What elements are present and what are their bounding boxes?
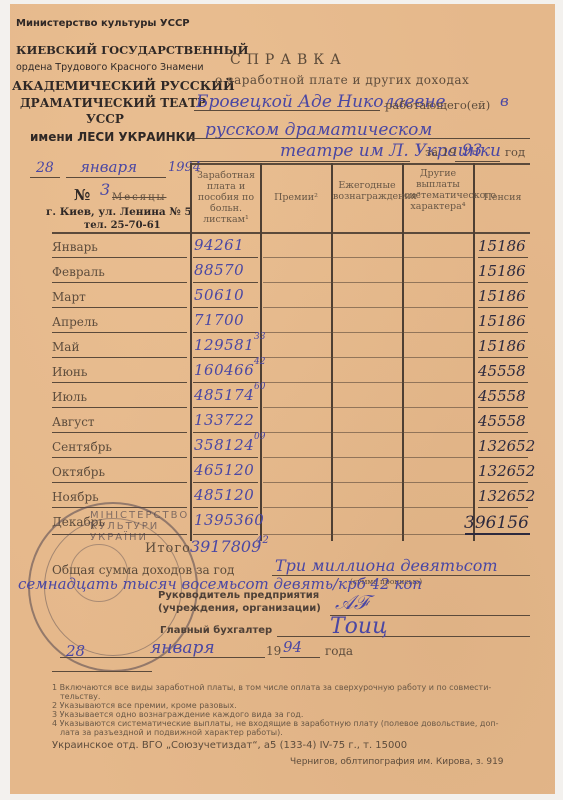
kop-june: 42 xyxy=(254,357,265,367)
pension-september: 132652 xyxy=(478,437,535,455)
imprint-line-2: Чернигов, облтипография им. Кирова, з. 9… xyxy=(290,757,504,767)
seal-outer-text: МІНІСТЕРСТВО КУЛЬТУРИ УКРАЇНИ xyxy=(90,510,196,543)
month-june: Июнь xyxy=(52,365,87,379)
salary-november: 485120 xyxy=(194,486,254,504)
month-september: Сентябрь xyxy=(52,440,112,454)
pension-july: 45558 xyxy=(478,387,526,405)
pension-august: 45558 xyxy=(478,412,526,430)
column-header-months: Месяцы xyxy=(112,192,166,203)
stamp-line-2: ордена Трудового Красного Знамени xyxy=(16,62,204,73)
imprint-line-1: Украинское отд. ВГО „Союзучетиздат“, а5 … xyxy=(52,740,407,751)
month-august: Август xyxy=(52,415,95,429)
stamp-line-6: имени ЛЕСИ УКРАИНКИ xyxy=(30,130,196,144)
stamp-line-4: ДРАМАТИЧЕСКИЙ ТЕАТР xyxy=(20,96,206,110)
kop-july: 60 xyxy=(254,382,265,392)
footnote-3: 3 Указывается одно вознаграждение каждог… xyxy=(52,710,303,719)
annual-total-words-1: Три миллиона девятьсот xyxy=(275,556,498,575)
pension-march: 15186 xyxy=(478,287,526,305)
salary-march: 50610 xyxy=(194,286,244,304)
director-label-2: (учреждения, организации) xyxy=(158,603,321,614)
stamp-number-value: 3 xyxy=(100,180,110,199)
footnote-1-cont: тельству. xyxy=(60,692,100,701)
salary-may: 129581 xyxy=(194,336,254,354)
accountant-label: Главный бухгалтер xyxy=(160,625,272,636)
year-suffix: год xyxy=(505,145,525,159)
column-header-pension: Пенсия xyxy=(475,192,530,203)
document-subtitle: о заработной плате и других доходах xyxy=(215,73,469,87)
kop-september: 09 xyxy=(254,432,265,442)
footnote-4-cont: лата за разъездной и подвижной характер … xyxy=(60,728,283,737)
pension-april: 15186 xyxy=(478,312,526,330)
month-may: Май xyxy=(52,340,79,354)
pension-october: 132652 xyxy=(478,462,535,480)
working-label: работающего(ей) xyxy=(385,98,490,112)
month-march: Март xyxy=(52,290,86,304)
director-signature: 𝒜ℱ xyxy=(335,590,369,614)
pension-june: 45558 xyxy=(478,362,526,380)
month-july: Июль xyxy=(52,390,87,404)
salary-june: 160466 xyxy=(194,361,254,379)
column-header-other: Другие выплаты систематического характер… xyxy=(404,168,472,212)
pension-february: 15186 xyxy=(478,262,526,280)
column-header-salary: Заработная плата и пособия по больн. лис… xyxy=(192,170,260,225)
salary-july: 485174 xyxy=(194,386,254,404)
pension-may: 15186 xyxy=(478,337,526,355)
sign-year-suffix: года xyxy=(325,644,353,658)
sign-year-prefix: 19 xyxy=(266,644,281,658)
total-kop: 42 xyxy=(256,535,269,546)
column-header-annual: Ежегодные вознаграждения³ xyxy=(333,180,401,202)
footnote-2: 2 Указываются все премии, кроме разовых. xyxy=(52,701,237,710)
salary-april: 71700 xyxy=(194,311,244,329)
footnote-1: 1 Включаются все виды заработной платы, … xyxy=(52,683,491,692)
column-header-bonuses: Премии² xyxy=(262,192,330,203)
working-suffix: в xyxy=(500,92,509,110)
director-label-1: Руководитель предприятия xyxy=(158,590,319,601)
stamp-number-label: № xyxy=(74,186,90,204)
issue-day: 28 xyxy=(36,160,54,176)
stamp-phone: тел. 25-70-61 xyxy=(84,220,161,231)
pension-january: 15186 xyxy=(478,237,526,255)
salary-february: 88570 xyxy=(194,261,244,279)
year-value: 93 xyxy=(462,140,482,159)
footnote-4: 4 Указываются систематические выплаты, н… xyxy=(52,719,498,728)
sign-month: января xyxy=(150,638,215,658)
total-label: Итого xyxy=(145,541,191,556)
issue-month: января xyxy=(80,158,137,176)
kop-may: 33 xyxy=(254,332,265,342)
month-february: Февраль xyxy=(52,265,105,279)
stamp-ministry: Министерство культуры УССР xyxy=(16,18,190,29)
month-january: Январь xyxy=(52,240,98,254)
total-value: 3917809 xyxy=(190,537,261,556)
month-october: Октябрь xyxy=(52,465,105,479)
stamp-line-5: УССР xyxy=(86,112,124,126)
salary-august: 133722 xyxy=(194,411,254,429)
month-april: Апрель xyxy=(52,315,98,329)
document-title: СПРАВКА xyxy=(230,52,347,68)
stamp-line-1: КИЕВСКИЙ ГОСУДАРСТВЕННЫЙ xyxy=(16,43,248,57)
workplace-line-1: русском драматическом xyxy=(205,120,432,140)
salary-december: 1395360 xyxy=(194,511,264,529)
salary-october: 465120 xyxy=(194,461,254,479)
year-prefix: за 19 xyxy=(425,145,456,159)
stamp-address: г. Киев, ул. Ленина № 5 xyxy=(46,206,192,218)
sign-year-value: 94 xyxy=(283,638,302,656)
accountant-signature: Тоиц xyxy=(330,614,387,639)
salary-january: 94261 xyxy=(194,236,244,254)
pension-november: 132652 xyxy=(478,487,535,505)
salary-september: 358124 xyxy=(194,436,254,454)
month-november: Ноябрь xyxy=(52,490,99,504)
stamp-line-3: АКАДЕМИЧЕСКИЙ РУССКИЙ xyxy=(12,78,235,93)
pension-december: 396156 xyxy=(464,513,529,533)
